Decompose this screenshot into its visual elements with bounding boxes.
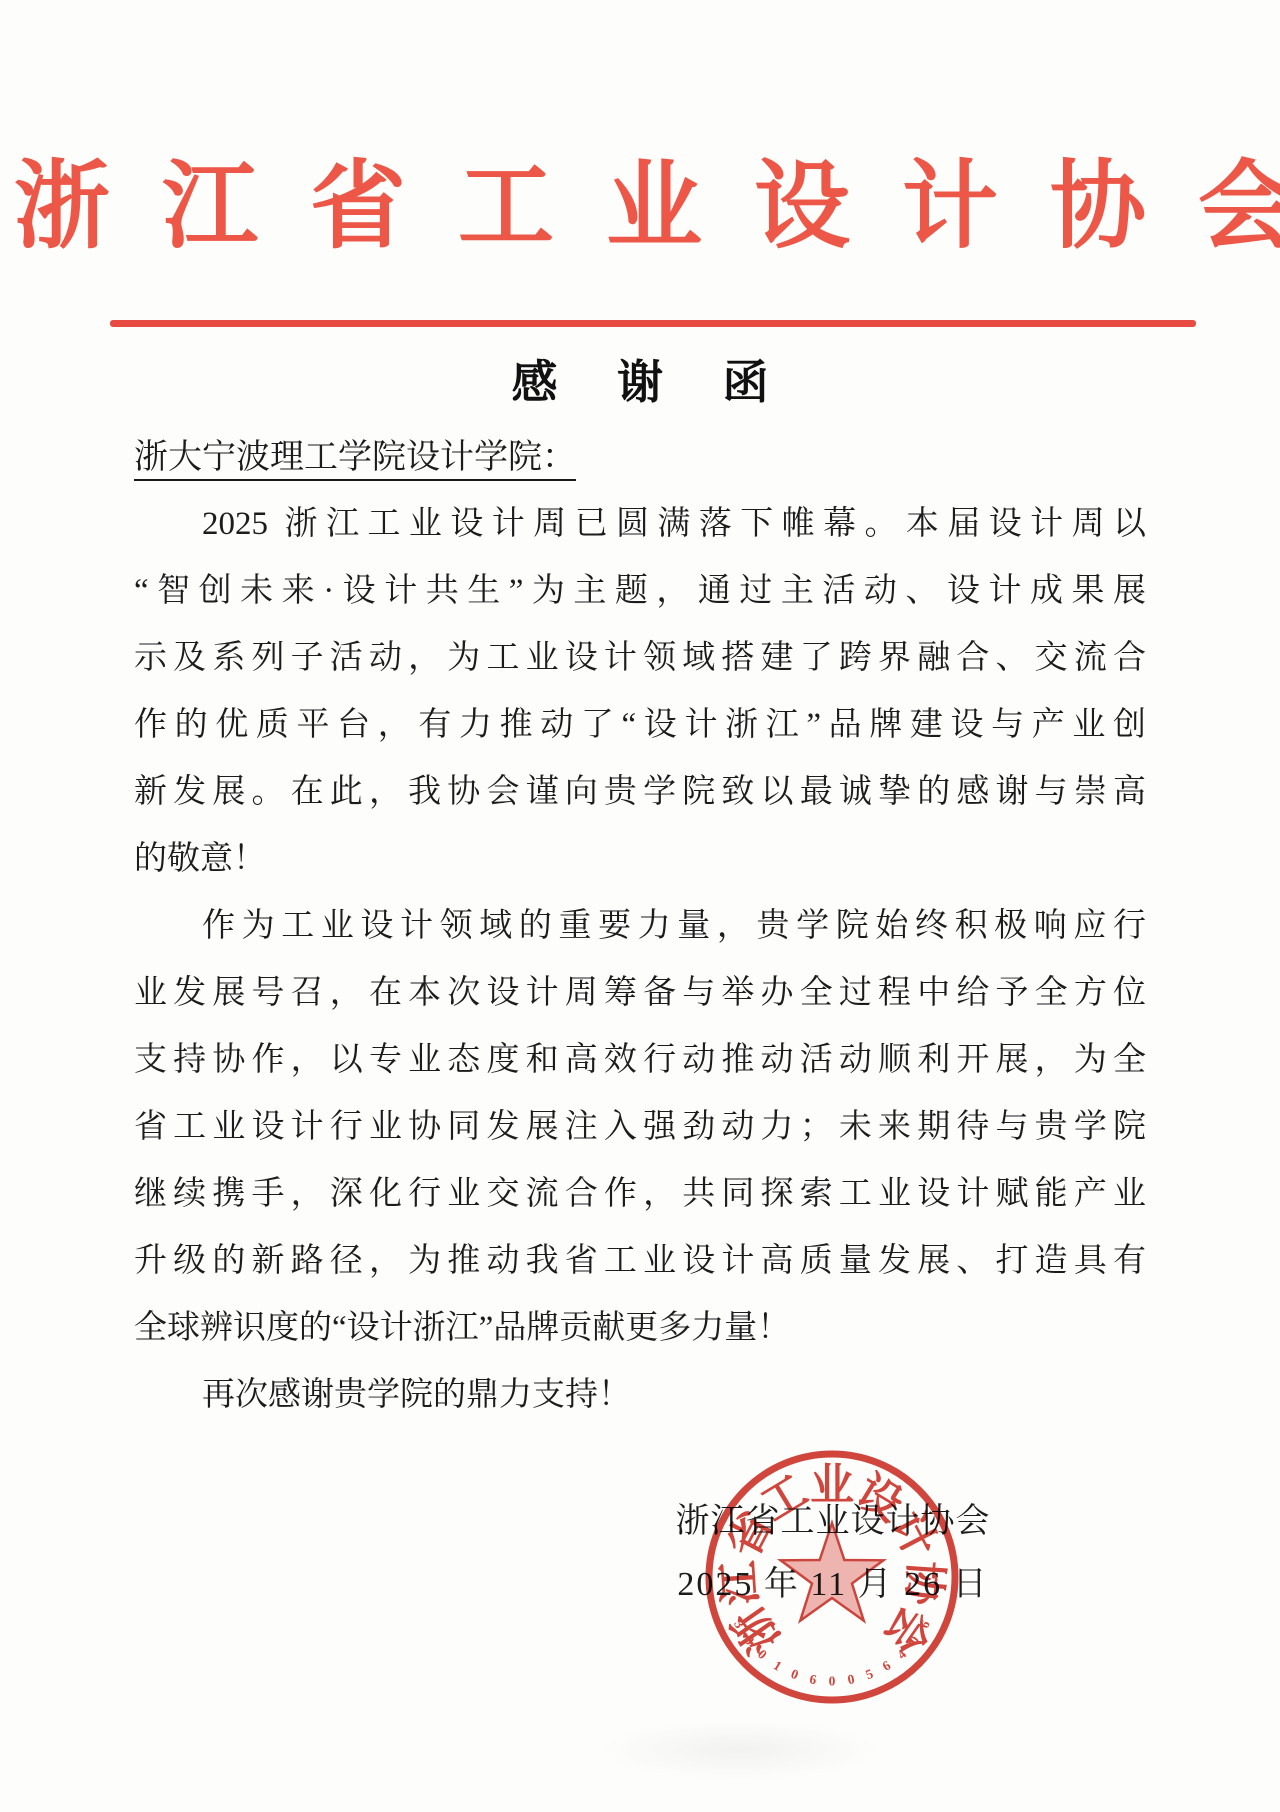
text-line: 省工业设计行业协同发展注入强劲动力；未来期待与贵学院 bbox=[134, 1094, 1146, 1161]
seal-serial-digit: 0 bbox=[846, 1671, 856, 1687]
text-line: 作的优质平台，有力推动了“设计浙江”品牌建设与产业创 bbox=[134, 692, 1146, 759]
seal-ring-char: 会 bbox=[875, 1598, 940, 1662]
seal-serial-digit: 3 bbox=[731, 1618, 748, 1631]
seal-serial-digit: 0 bbox=[907, 1633, 923, 1648]
text-line: 全球辨识度的“设计浙江”品牌贡献更多力量！ bbox=[134, 1295, 1146, 1362]
text-line: 作为工业设计领域的重要力量，贵学院始终积极响应行 bbox=[134, 893, 1146, 960]
text-line: 升级的新路径，为推动我省工业设计高质量发展、打造具有 bbox=[134, 1228, 1146, 1295]
seal-serial-digit: 0 bbox=[789, 1666, 801, 1683]
seal-serial-digit: 6 bbox=[916, 1618, 933, 1631]
text-line: 继续携手，深化行业交流合作，共同探索工业设计赋能产业 bbox=[134, 1161, 1146, 1228]
letterhead-org-title: 浙 江 省 工 业 设 计 协 会 bbox=[0, 148, 1280, 266]
seal-serial-digit: 6 bbox=[880, 1657, 894, 1673]
document-title: 感 谢 函 bbox=[0, 346, 1280, 412]
paragraph: 再次感谢贵学院的鼎力支持！ bbox=[134, 1362, 1146, 1429]
body-paragraphs: 2025 浙江工业设计周已圆满落下帷幕。本届设计周以“智创未来·设计共生”为主题… bbox=[134, 491, 1146, 1429]
letterhead-divider bbox=[110, 320, 1196, 327]
seal-serial-digit: 0 bbox=[755, 1646, 770, 1662]
seal-serial-number: 3301060056406 bbox=[731, 1618, 933, 1689]
seal-serial-digit: 0 bbox=[829, 1674, 836, 1689]
signature-date: 2025 年 11 月 26 日 bbox=[672, 1563, 994, 1607]
letter-page: 浙 江 省 工 业 设 计 协 会 感 谢 函 浙大宁波理工学院设计学院： 20… bbox=[0, 0, 1280, 1812]
scan-smudge bbox=[600, 1720, 880, 1780]
signature-org: 浙江省工业设计协会 bbox=[672, 1500, 994, 1544]
addressee-name: 浙大宁波理工学院设计学院： bbox=[134, 439, 576, 481]
text-line: 新发展。在此，我协会谨向贵学院致以最诚挚的感谢与崇高 bbox=[134, 759, 1146, 826]
paragraph: 作为工业设计领域的重要力量，贵学院始终积极响应行业发展号召，在本次设计周筹备与举… bbox=[134, 893, 1146, 1362]
seal-serial-digit: 1 bbox=[771, 1658, 785, 1674]
text-line: 再次感谢贵学院的鼎力支持！ bbox=[134, 1362, 1146, 1429]
text-line: 2025 浙江工业设计周已圆满落下帷幕。本届设计周以 bbox=[134, 491, 1146, 558]
seal-serial-digit: 6 bbox=[808, 1671, 818, 1687]
paragraph: 2025 浙江工业设计周已圆满落下帷幕。本届设计周以“智创未来·设计共生”为主题… bbox=[134, 491, 1146, 893]
text-line: 示及系列子活动，为工业设计领域搭建了跨界融合、交流合 bbox=[134, 625, 1146, 692]
seal-serial-digit: 5 bbox=[863, 1666, 875, 1683]
seal-ring-char: 浙 bbox=[724, 1598, 789, 1662]
addressee-line: 浙大宁波理工学院设计学院： bbox=[134, 424, 1146, 491]
text-line: “智创未来·设计共生”为主题，通过主活动、设计成果展 bbox=[134, 558, 1146, 625]
text-line: 支持协作，以专业态度和高效行动推动活动顺利开展，为全 bbox=[134, 1027, 1146, 1094]
letter-body: 浙大宁波理工学院设计学院： 2025 浙江工业设计周已圆满落下帷幕。本届设计周以… bbox=[134, 424, 1146, 1429]
seal-serial-digit: 4 bbox=[894, 1646, 909, 1662]
signature-block: 浙江省工业设计协会 2025 年 11 月 26 日 bbox=[672, 1500, 994, 1607]
seal-serial-digit: 3 bbox=[741, 1633, 757, 1648]
text-line: 的敬意！ bbox=[134, 826, 1146, 893]
text-line: 业发展号召，在本次设计周筹备与举办全过程中给予全方位 bbox=[134, 960, 1146, 1027]
